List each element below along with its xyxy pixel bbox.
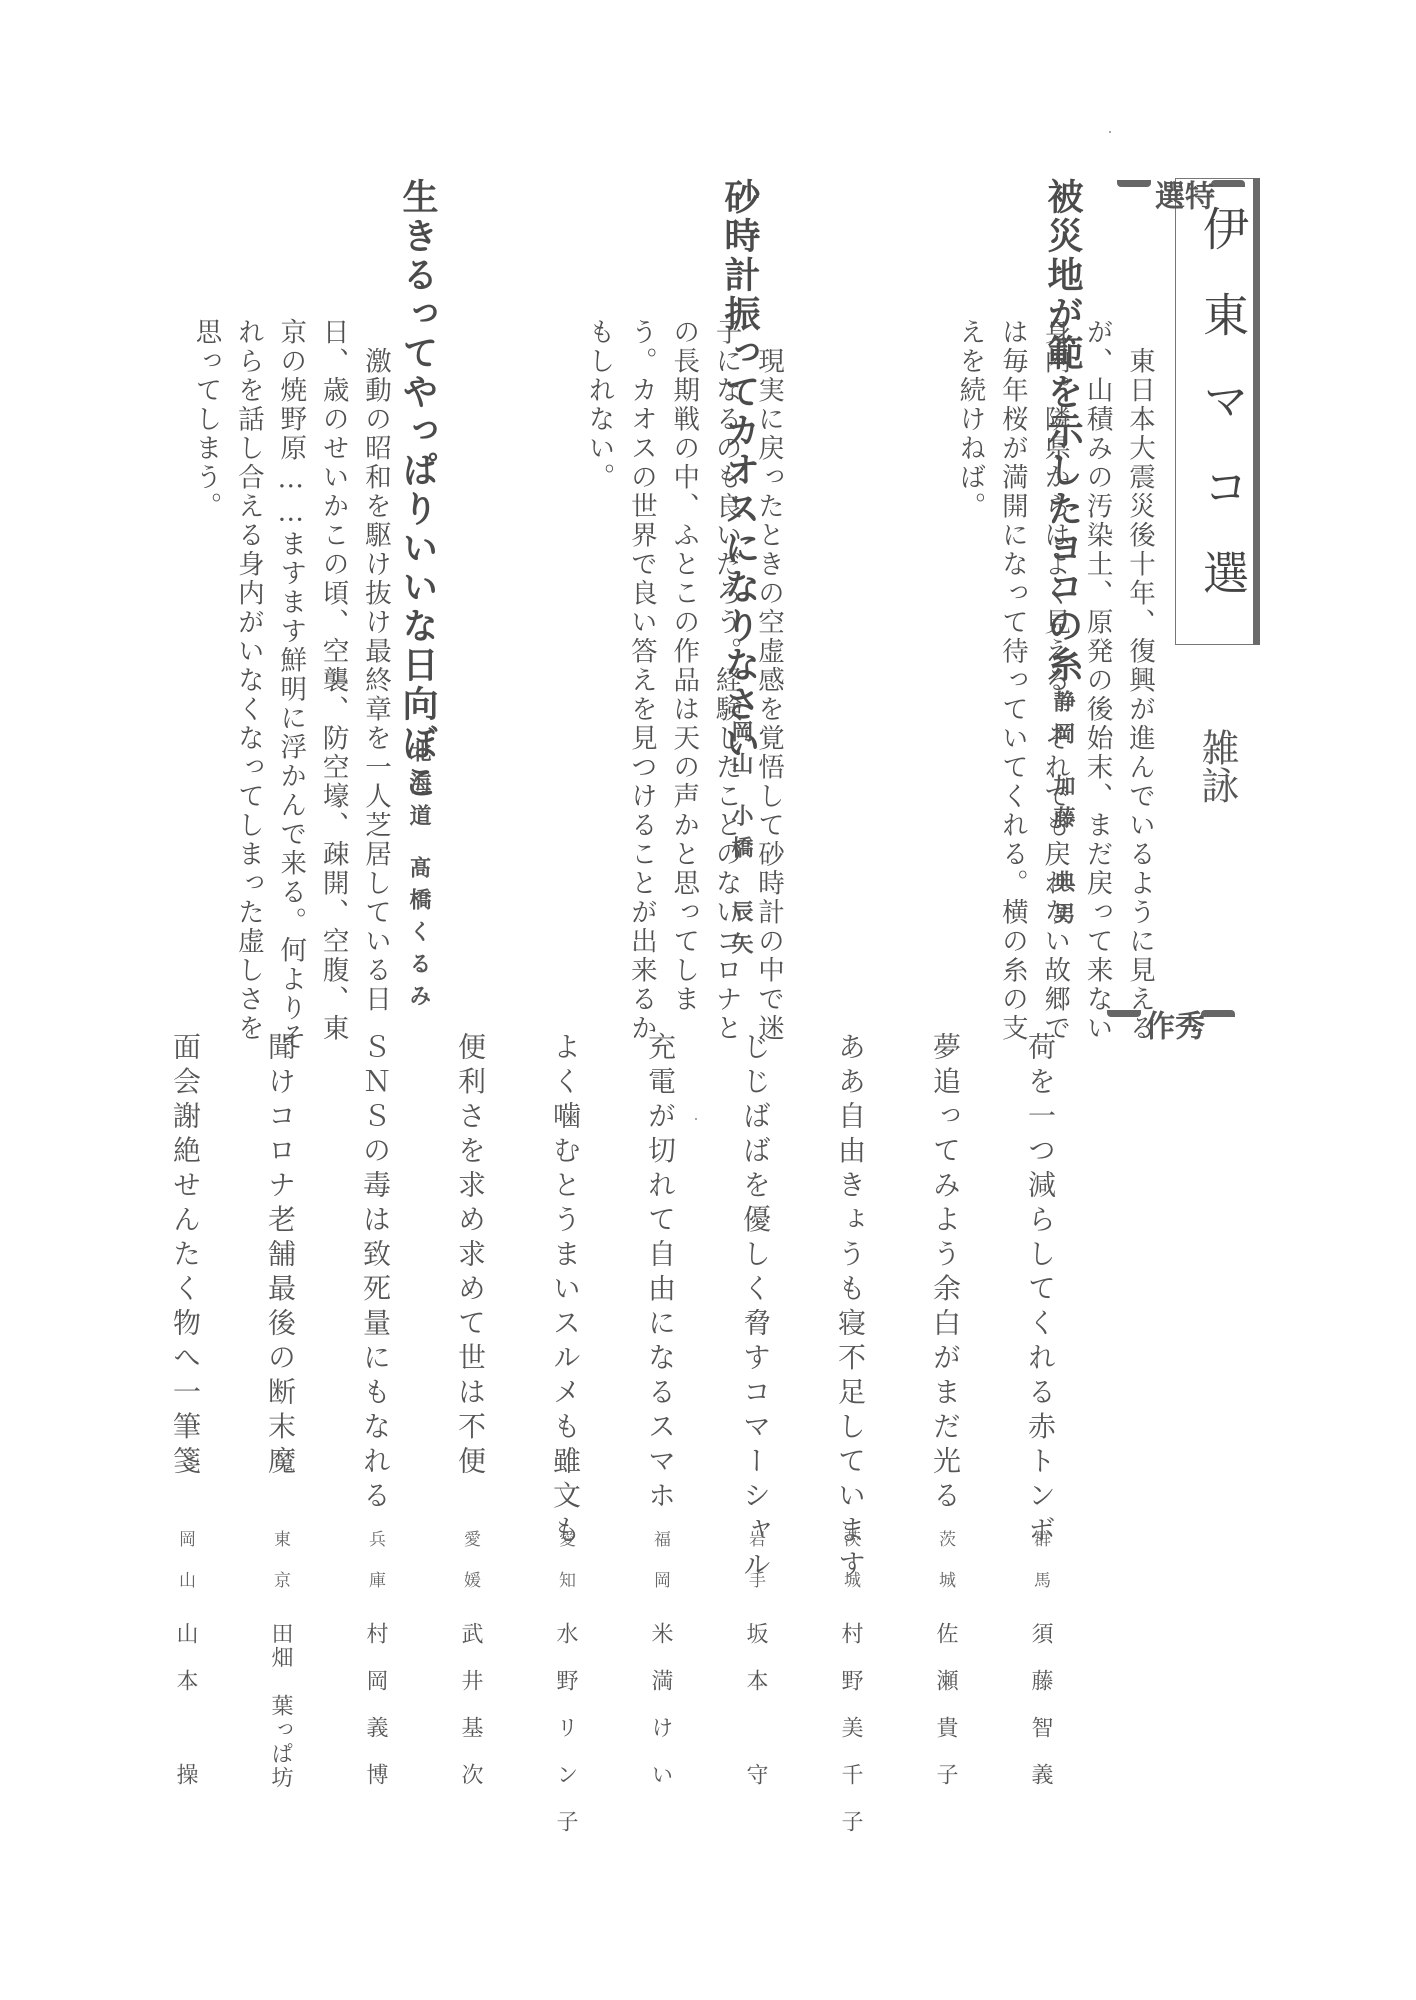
page-title: 伊東マコ選 — [1190, 205, 1256, 635]
bracket-close — [1107, 1010, 1141, 1017]
shusaku-haiku-10: 面会謝絶せんたく物へ一筆箋 — [171, 1032, 199, 1481]
shusaku-haiku-5: 充電が切れて自由になるスマホ — [646, 1032, 674, 1515]
shusaku-author-7: 武井基次 — [459, 1622, 481, 1810]
genre-label: 雑詠 — [1198, 728, 1236, 804]
tokusen-comment-2: 現実に戻ったときの空虚感を覚悟して砂時計の中で迷子になるのも良いだろう。経験した… — [577, 318, 789, 1058]
section-char: 秀 — [1169, 1010, 1204, 1040]
bracket-open — [1211, 180, 1245, 187]
shusaku-pref-4: 岩手 — [746, 1530, 763, 1612]
section-header-tokusen: 特 選 — [1117, 180, 1245, 210]
shusaku-pref-2: 茨城 — [936, 1530, 953, 1612]
shusaku-haiku-9: 聞けコロナ老舗最後の断末魔 — [266, 1032, 294, 1481]
tokusen-headline-3: 生きるってやっぱりいいな日向ぼこ — [400, 178, 436, 802]
bracket-close — [1117, 180, 1151, 187]
tokusen-comment-1: 東日本大震災後十年、復興が進んでいるように見えるが、山積みの汚染土、原発の後始末… — [948, 318, 1160, 1058]
scan-speck — [695, 1118, 697, 1120]
bracket-open — [1201, 1010, 1235, 1017]
shusaku-author-3: 村野美千子 — [839, 1622, 861, 1857]
shusaku-pref-8: 兵庫 — [366, 1530, 383, 1612]
tokusen-author-3: 北海道髙橋くるみ — [408, 740, 430, 1016]
shusaku-pref-9: 東京 — [271, 1530, 288, 1612]
shusaku-haiku-6: よく噛むとうまいスルメも雖文も — [551, 1032, 579, 1550]
section-char: 特 — [1179, 180, 1214, 210]
shusaku-pref-7: 愛媛 — [461, 1530, 478, 1612]
shusaku-author-2: 佐瀬貴子 — [934, 1622, 956, 1810]
shusaku-author-10: 山本 操 — [174, 1622, 196, 1810]
shusaku-author-5: 米満けい — [649, 1622, 671, 1810]
shusaku-author-9: 田畑 葉っぱ坊 — [269, 1622, 291, 1790]
shusaku-haiku-1: 荷を一つ減らしてくれる赤トンボ — [1026, 1032, 1054, 1550]
tokusen-comment-3: 激動の昭和を駆け抜け最終章を一人芝居している日日、歳のせいかこの頃、空襲、防空壕… — [184, 318, 396, 1058]
shusaku-haiku-4: じじばばを優しく脅すコマーシャル — [741, 1032, 769, 1584]
shusaku-pref-1: 群馬 — [1031, 1530, 1048, 1612]
shusaku-pref-3: 茨城 — [841, 1530, 858, 1612]
shusaku-author-6: 水野リン子 — [554, 1622, 576, 1857]
section-header-shusaku: 秀 作 — [1107, 1010, 1235, 1040]
shusaku-haiku-2: 夢追ってみよう余白がまだ光る — [931, 1032, 959, 1515]
shusaku-pref-10: 岡山 — [176, 1530, 193, 1612]
section-char: 選 — [1149, 180, 1184, 210]
shusaku-haiku-7: 便利さを求め求めて世は不便 — [456, 1032, 484, 1481]
shusaku-haiku-3: ああ自由きょうも寝不足しています — [836, 1032, 864, 1584]
author-name: 髙橋くるみ — [406, 856, 432, 1016]
shusaku-haiku-8: ＳＮＳの毒は致死量にもなれる — [361, 1032, 389, 1515]
shusaku-author-8: 村岡義博 — [364, 1622, 386, 1810]
shusaku-author-1: 須藤智義 — [1029, 1622, 1051, 1810]
section-char: 作 — [1139, 1010, 1174, 1040]
scan-speck — [1109, 131, 1111, 133]
shusaku-pref-5: 福岡 — [651, 1530, 668, 1612]
shusaku-author-4: 坂本 守 — [744, 1622, 766, 1810]
shusaku-pref-6: 愛知 — [556, 1530, 573, 1612]
author-prefecture: 北海道 — [406, 740, 432, 836]
